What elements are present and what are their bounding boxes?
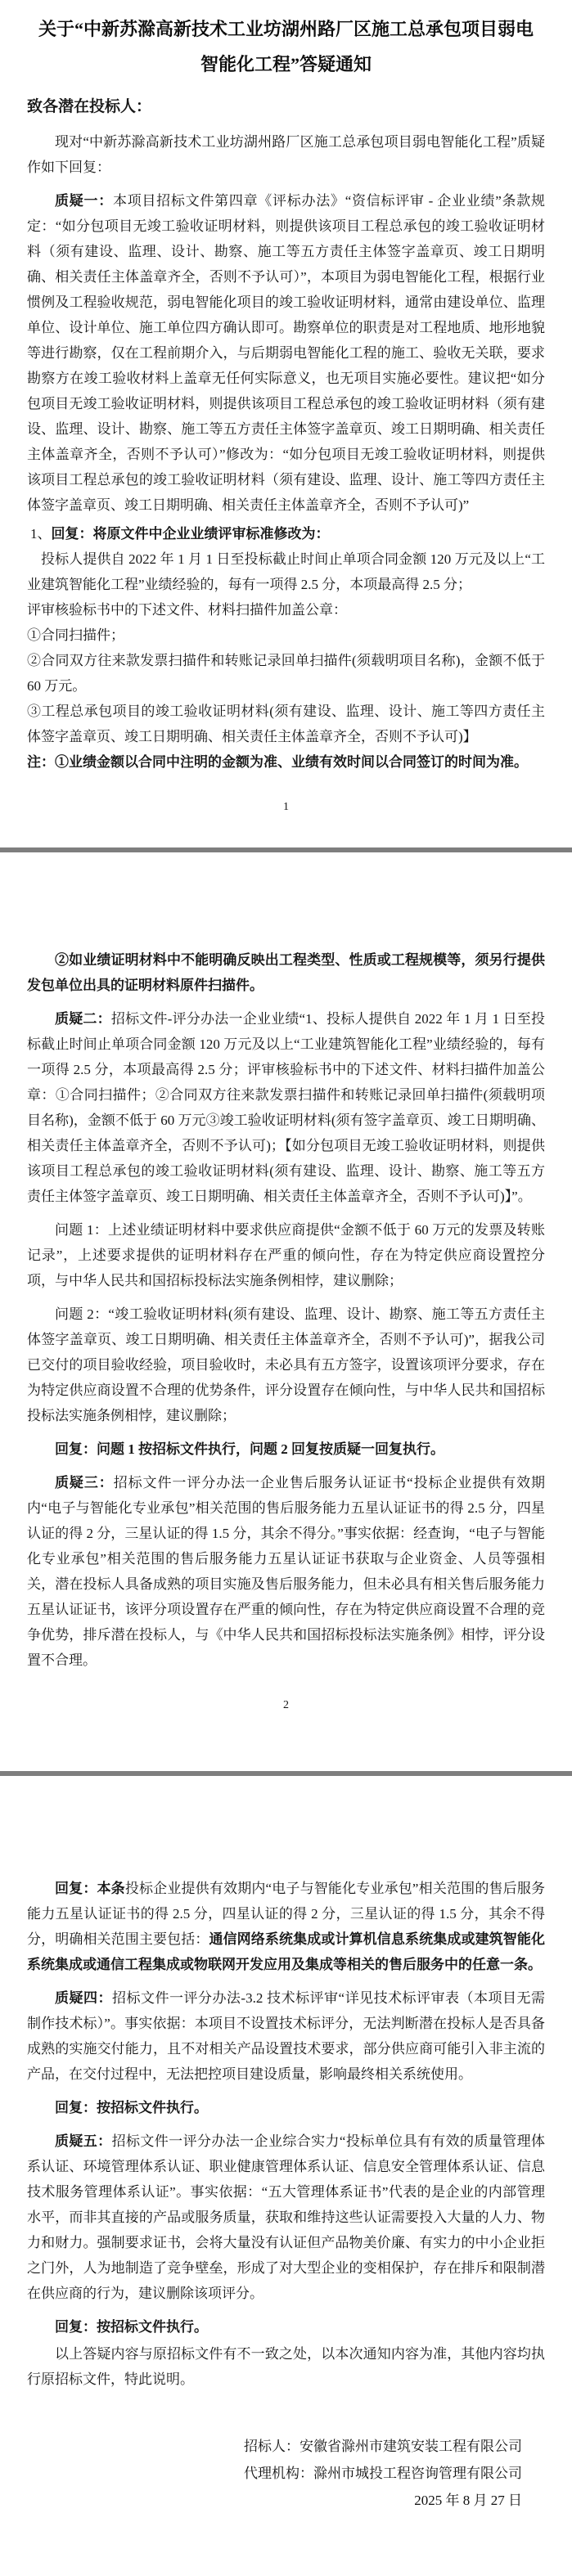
reply-paragraph: 回复：问题 1 按招标文件执行，问题 2 回复按质疑一回复执行。 xyxy=(27,1436,545,1462)
text-run: ①合同扫描件； xyxy=(27,627,124,643)
document-pages: 关于“中新苏滁高新技术工业坊湖州路厂区施工总承包项目弱电智能化工程”答疑通知致各… xyxy=(0,0,572,2576)
note-paragraph: 注：①业绩金额以合同中注明的金额为准、业绩有效时间以合同签订的时间为准。 xyxy=(27,749,545,775)
question-paragraph: 问题 1：上述业绩证明材料中要求供应商提供“金额不低于 60 万元的发票及转账记… xyxy=(27,1217,545,1293)
signature-block: 招标人：安徽省滁州市建筑安装工程有限公司代理机构：滁州市城投工程咨询管理有限公司… xyxy=(27,2433,545,2514)
text-run: 问题 2：“竣工验收证明材料(须有建设、监理、设计、勘察、施工等五方责任主体签字… xyxy=(27,1306,545,1423)
text-run: 回复：本条 xyxy=(55,1881,125,1896)
reply-paragraph: 1、回复：将原文件中企业业绩评审标准修改为： xyxy=(27,521,545,546)
paragraph: 评审核验标书中的下述文件、材料扫描件加盖公章： xyxy=(27,597,545,623)
reply-paragraph: 回复：按招标文件执行。 xyxy=(27,2095,545,2120)
list-item-paragraph: ③工程总承包项目的竣工验收证明材料(须有建设、监理、设计、施工等四方责任主体签字… xyxy=(27,699,545,749)
document-viewer[interactable]: 关于“中新苏滁高新技术工业坊湖州路厂区施工总承包项目弱电智能化工程”答疑通知致各… xyxy=(0,0,572,2576)
text-run: 投标人提供自 2022 年 1 月 1 日至投标截止时间止单项合同金额 120 … xyxy=(27,551,545,592)
text-run: 以上答疑内容与原招标文件有不一致之处，以本次通知内容为准，其他内容均执行原招标文… xyxy=(27,2346,545,2387)
document-page-3: 回复：本条投标企业提供有效期内“电子与智能化专业承包”相关范围的售后服务能力五星… xyxy=(0,1776,572,2576)
text-run: 致各潜在投标人： xyxy=(27,98,151,115)
text-run: ②合同双方往来款发票扫描件和转账记录回单扫描件(须载明项目名称)，金额不低于 6… xyxy=(27,653,545,694)
title-line: 关于“中新苏滁高新技术工业坊湖州路厂区施工总承包项目弱电 xyxy=(27,11,545,47)
page-number: 1 xyxy=(27,799,545,816)
text-run: 1 xyxy=(283,801,289,813)
document-title: 关于“中新苏滁高新技术工业坊湖州路厂区施工总承包项目弱电智能化工程”答疑通知 xyxy=(27,11,545,82)
text-run: 回复：按招标文件执行。 xyxy=(55,2319,208,2335)
list-item-paragraph: ①合同扫描件； xyxy=(27,623,545,648)
text-run: 回复：按招标文件执行。 xyxy=(55,2100,208,2115)
question-paragraph: 质疑二：招标文件-评分办法一企业业绩“1、投标人提供自 2022 年 1 月 1… xyxy=(27,1006,545,1209)
closing-paragraph: 以上答疑内容与原招标文件有不一致之处，以本次通知内容为准，其他内容均执行原招标文… xyxy=(27,2341,545,2392)
text-run: 招标文件-评分办法一企业业绩“1、投标人提供自 2022 年 1 月 1 日至投… xyxy=(27,1011,545,1204)
question-paragraph: 质疑三：招标文件一评分办法一企业售后服务认证证书“投标企业提供有效期内“电子与智… xyxy=(27,1470,545,1673)
question-paragraph: 问题 2：“竣工验收证明材料(须有建设、监理、设计、勘察、施工等五方责任主体签字… xyxy=(27,1301,545,1428)
question-paragraph: 质疑四：招标文件一评分办法-3.2 技术标评审“详见技术标评审表（本项目无需制作… xyxy=(27,1985,545,2087)
document-page-2: ②如业绩证明材料中不能明确反映出工程类型、性质或工程规模等，须另行提供发包单位出… xyxy=(0,852,572,1771)
question-paragraph: 质疑五：招标文件一评分办法一企业综合实力“投标单位具有有效的质量管理体系认证、环… xyxy=(27,2129,545,2306)
salutation: 致各潜在投标人： xyxy=(27,95,545,119)
text-run: 1、 xyxy=(30,526,52,542)
text-run: 回复：问题 1 按招标文件执行，问题 2 回复按质疑一回复执行。 xyxy=(55,1441,444,1457)
text-run: 招标文件一评分办法一企业综合实力“投标单位具有有效的质量管理体系认证、环境管理体… xyxy=(27,2133,545,2301)
document-page-1: 关于“中新苏滁高新技术工业坊湖州路厂区施工总承包项目弱电智能化工程”答疑通知致各… xyxy=(0,0,572,847)
text-run: 质疑四： xyxy=(55,1990,112,2006)
text-run: ②如业绩证明材料中不能明确反映出工程类型、性质或工程规模等，须另行提供发包单位出… xyxy=(27,952,545,993)
reply-paragraph: 回复：按招标文件执行。 xyxy=(27,2314,545,2340)
list-item-paragraph: ②合同双方往来款发票扫描件和转账记录回单扫描件(须载明项目名称)，金额不低于 6… xyxy=(27,648,545,699)
text-run: 本项目招标文件第四章《评标办法》“资信标评审 - 企业业绩”条款规定：“如分包项… xyxy=(27,193,545,513)
title-line: 智能化工程”答疑通知 xyxy=(27,47,545,82)
signature-line: 2025 年 8 月 27 日 xyxy=(27,2487,522,2514)
text-run: 质疑三： xyxy=(55,1475,114,1490)
text-run: ③工程总承包项目的竣工验收证明材料(须有建设、监理、设计、施工等四方责任主体签字… xyxy=(27,704,545,744)
text-run: 质疑一： xyxy=(55,193,113,209)
signature-line: 招标人：安徽省滁州市建筑安装工程有限公司 xyxy=(27,2433,522,2460)
text-run: 质疑二： xyxy=(55,1011,111,1027)
question-paragraph: 回复：本条投标企业提供有效期内“电子与智能化专业承包”相关范围的售后服务能力五星… xyxy=(27,1876,545,1977)
text-run: 评审核验标书中的下述文件、材料扫描件加盖公章： xyxy=(27,602,347,618)
text-run: 2 xyxy=(283,1699,289,1711)
intro-paragraph: 现对“中新苏滁高新技术工业坊湖州路厂区施工总承包项目弱电智能化工程”质疑作如下回… xyxy=(27,129,545,180)
text-run: 现对“中新苏滁高新技术工业坊湖州路厂区施工总承包项目弱电智能化工程”质疑作如下回… xyxy=(27,134,545,175)
question-paragraph: 质疑一：本项目招标文件第四章《评标办法》“资信标评审 - 企业业绩”条款规定：“… xyxy=(27,188,545,518)
page-number: 2 xyxy=(27,1697,545,1714)
criteria-paragraph: 投标人提供自 2022 年 1 月 1 日至投标截止时间止单项合同金额 120 … xyxy=(27,546,545,597)
text-run: 问题 1：上述业绩证明材料中要求供应商提供“金额不低于 60 万元的发票及转账记… xyxy=(27,1222,545,1288)
text-run: 招标文件一评分办法一企业售后服务认证证书“投标企业提供有效期内“电子与智能化专业… xyxy=(27,1475,545,1668)
text-run: 注：①业绩金额以合同中注明的金额为准、业绩有效时间以合同签订的时间为准。 xyxy=(27,754,528,770)
text-run: 质疑五： xyxy=(55,2133,112,2149)
signature-line: 代理机构：滁州市城投工程咨询管理有限公司 xyxy=(27,2460,522,2487)
question-paragraph: ②如业绩证明材料中不能明确反映出工程类型、性质或工程规模等，须另行提供发包单位出… xyxy=(27,947,545,998)
text-run: 回复：将原文件中企业业绩评审标准修改为： xyxy=(52,526,330,542)
